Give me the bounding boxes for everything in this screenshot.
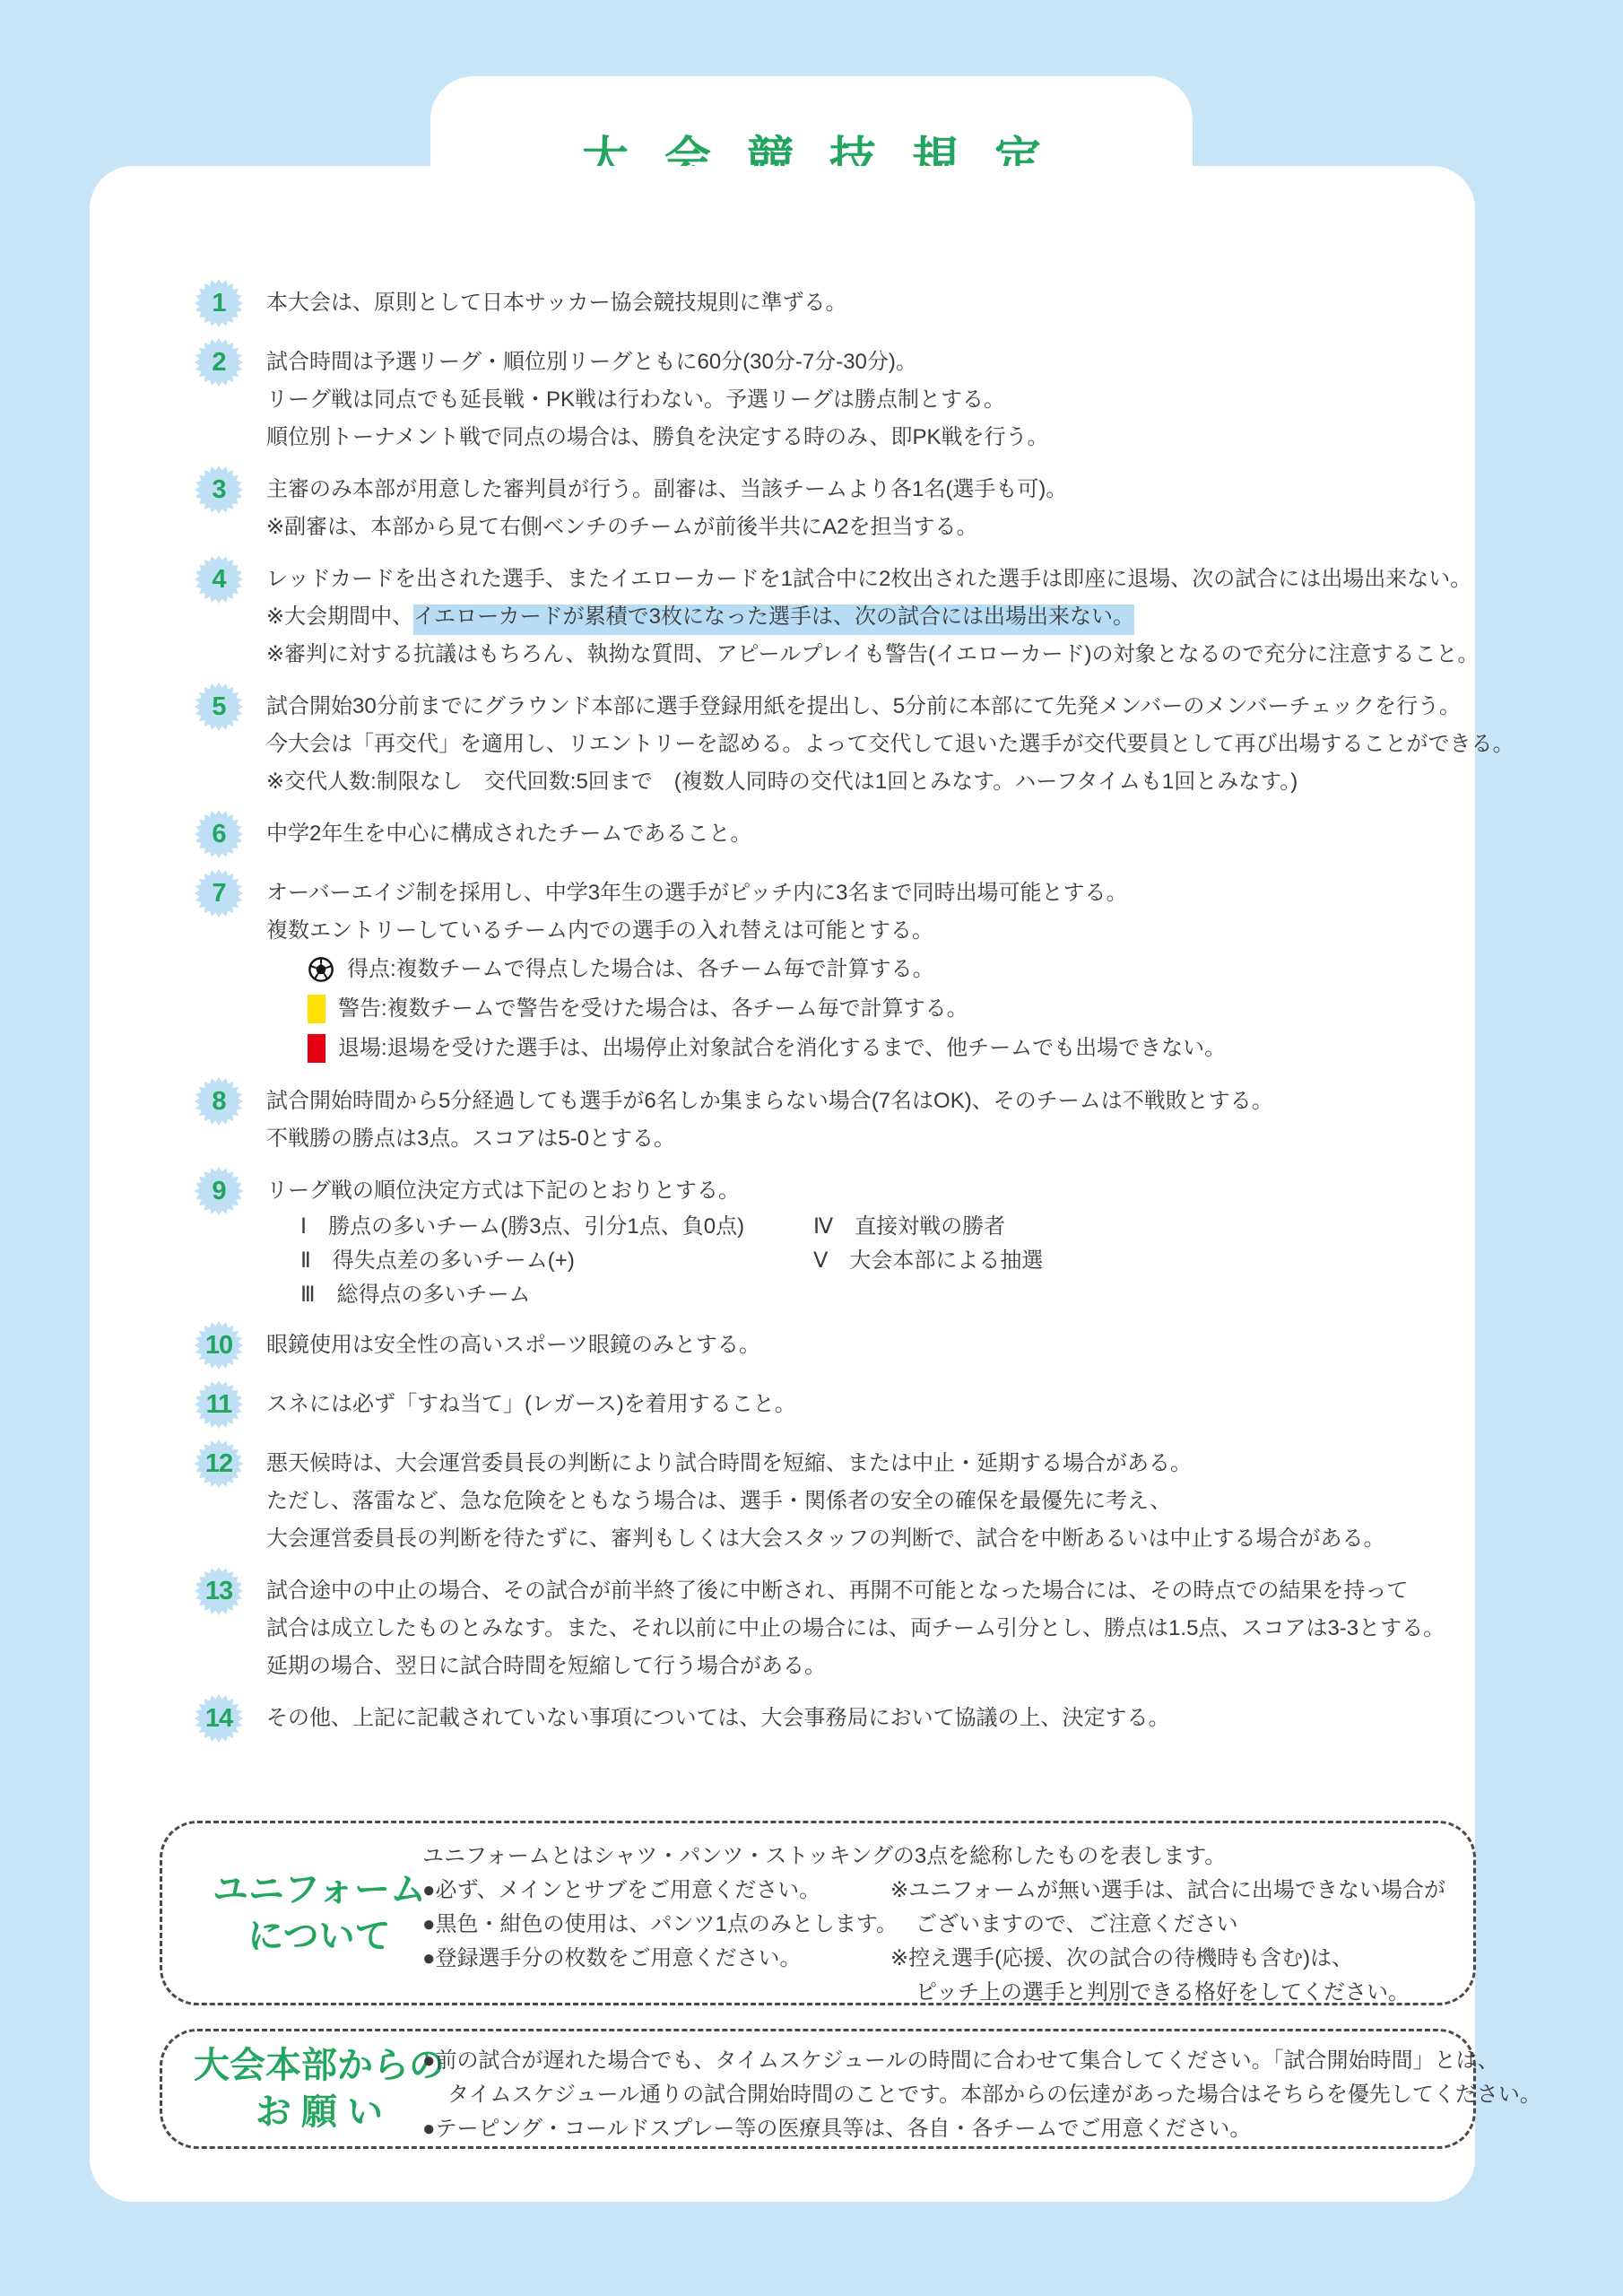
rule-item-9: 9リーグ戦の順位決定方式は下記のとおりとする。Ⅰ 勝点の多いチーム(勝3点、引分…: [193, 1172, 1448, 1312]
rule-line: リーグ戦は同点でも延長戦・PK戦は行わない。予選リーグは勝点制とする。: [266, 381, 1448, 419]
rule-line: ただし、落雷など、急な危険をともなう場合は、選手・関係者の安全の確保を最優先に考…: [266, 1483, 1448, 1520]
rank-rule-left: Ⅰ 勝点の多いチーム(勝3点、引分1点、負0点): [300, 1214, 744, 1239]
hq-request-lines: ●前の試合が遅れた場合でも、タイムスケジュールの時間に合わせて集合してください。…: [422, 2044, 1541, 2146]
rule-line-with-icon: 得点:複数チームで得点した場合は、各チーム毎で計算する。: [266, 950, 1448, 989]
soccer-ball-icon: [308, 956, 334, 983]
rule-text: 中学2年生を中心に構成されたチームであること。: [266, 815, 1448, 853]
rule-text: オーバーエイジ制を採用し、中学3年生の選手がピッチ内に3名まで同時出場可能とする…: [266, 874, 1448, 1068]
page-background: 大会競技規定 1本大会は、原則として日本サッカー協会競技規則に準ずる。2試合時間…: [0, 0, 1623, 2296]
rule-number-badge: 8: [193, 1075, 245, 1127]
rule-item-14: 14その他、上記に記載されていない事項については、大会事務局において協議の上、決…: [193, 1700, 1448, 1744]
rule-item-7: 7オーバーエイジ制を採用し、中学3年生の選手がピッチ内に3名まで同時出場可能とす…: [193, 874, 1448, 1068]
rule-number: 5: [193, 681, 245, 733]
rule-number: 12: [193, 1438, 245, 1490]
rule-line: 複数エントリーしているチーム内での選手の入れ替えは可能とする。: [266, 912, 1448, 950]
rule-line: 悪天候時は、大会運営委員長の判断により試合時間を短縮、または中止・延期する場合が…: [266, 1445, 1448, 1483]
uniform-note-line: ピッチ上の選手と判別できる格好をしてください。: [890, 1976, 1445, 2010]
rank-rule-left: Ⅱ 得失点差の多いチーム(+): [300, 1248, 575, 1273]
rank-rule-row: Ⅱ 得失点差の多いチーム(+)Ⅴ 大会本部による抽選: [266, 1244, 1448, 1278]
rule-number-badge: 7: [193, 867, 245, 919]
rule-number: 13: [193, 1565, 245, 1617]
rule-line: レッドカードを出された選手、またイエローカードを1試合中に2枚出された選手は即座…: [266, 561, 1480, 598]
rule-line: ※副審は、本部から見て右側ベンチのチームが前後半共にA2を担当する。: [266, 509, 1448, 546]
highlighted-text: イエローカードが累積で3枚になった選手は、次の試合には出場出来ない。: [413, 604, 1134, 635]
rule-number-badge: 6: [193, 808, 245, 860]
rule-number: 6: [193, 808, 245, 860]
rules-list: 1本大会は、原則として日本サッカー協会競技規則に準ずる。2試合時間は予選リーグ・…: [193, 284, 1448, 1759]
uniform-note-line: ※控え選手(応援、次の試合の待機時も含む)は、: [890, 1942, 1445, 1976]
rank-rule-left: Ⅲ 総得点の多いチーム: [300, 1283, 531, 1307]
rule-item-4: 4レッドカードを出された選手、またイエローカードを1試合中に2枚出された選手は即…: [193, 561, 1448, 674]
rule-item-3: 3主審のみ本部が用意した審判員が行う。副審は、当該チームより各1名(選手も可)。…: [193, 471, 1448, 546]
rule-item-10: 10眼鏡使用は安全性の高いスポーツ眼鏡のみとする。: [193, 1326, 1448, 1371]
rank-rule-row: Ⅰ 勝点の多いチーム(勝3点、引分1点、負0点)Ⅳ 直接対戦の勝者: [266, 1210, 1448, 1244]
rule-line: ※交代人数:制限なし 交代回数:5回まで (複数人同時の交代は1回とみなす。ハー…: [266, 763, 1515, 801]
hq-box-label: 大会本部からの お 願 い: [176, 2031, 463, 2146]
uniform-box: ユニフォーム について ユニフォームとはシャツ・パンツ・ストッキングの3点を総称…: [160, 1821, 1476, 2005]
hq-box-label-line1: 大会本部からの: [194, 2042, 445, 2089]
rank-rule-right: Ⅴ 大会本部による抽選: [813, 1244, 1043, 1278]
rule-text: 試合開始30分前までにグラウンド本部に選手登録用紙を提出し、5分前に本部にて先発…: [266, 688, 1515, 801]
rule-text: スネには必ず「すね当て」(レガース)を着用すること。: [266, 1386, 1448, 1423]
rule-number-badge: 13: [193, 1565, 245, 1617]
rule-item-12: 12悪天候時は、大会運営委員長の判断により試合時間を短縮、または中止・延期する場…: [193, 1445, 1448, 1558]
rule-number: 11: [193, 1378, 245, 1431]
uniform-intro: ユニフォームとはシャツ・パンツ・ストッキングの3点を総称したものを表します。: [422, 1838, 1226, 1869]
rule-line-text: 警告:複数チームで警告を受けた場合は、各チーム毎で計算する。: [338, 989, 968, 1029]
red-card-icon: [308, 1034, 325, 1063]
rule-line: 試合途中の中止の場合、その試合が前半終了後に中断され、再開不可能となった場合には…: [266, 1572, 1448, 1610]
rule-line-text: 得点:複数チームで得点した場合は、各チーム毎で計算する。: [347, 950, 934, 989]
rule-line: 試合は成立したものとみなす。また、それ以前に中止の場合には、両チーム引分とし、勝…: [266, 1610, 1448, 1648]
rule-line-text: 退場:退場を受けた選手は、出場停止対象試合を消化するまで、他チームでも出場できな…: [338, 1029, 1226, 1068]
rule-line: 主審のみ本部が用意した審判員が行う。副審は、当該チームより各1名(選手も可)。: [266, 471, 1448, 509]
rule-number-badge: 5: [193, 681, 245, 733]
rule-item-6: 6中学2年生を中心に構成されたチームであること。: [193, 815, 1448, 860]
rule-number-badge: 12: [193, 1438, 245, 1490]
rule-line: ※審判に対する抗議はもちろん、執拗な質問、アピールプレイも警告(イエローカード)…: [266, 636, 1480, 674]
rules-card: 1本大会は、原則として日本サッカー協会競技規則に準ずる。2試合時間は予選リーグ・…: [90, 166, 1475, 2202]
rule-number-badge: 10: [193, 1319, 245, 1371]
rule-item-8: 8試合開始時間から5分経過しても選手が6名しか集まらない場合(7名はOK)、その…: [193, 1083, 1448, 1158]
uniform-bullet: ●登録選手分の枚数をご用意ください。: [422, 1942, 898, 1976]
uniform-note-line: ※ユニフォームが無い選手は、試合に出場できない場合が: [890, 1874, 1445, 1908]
rule-line: 今大会は「再交代」を適用し、リエントリーを認める。よって交代して退いた選手が交代…: [266, 726, 1515, 763]
hq-box-label-line2: お 願 い: [256, 2089, 383, 2135]
rule-number-badge: 11: [193, 1378, 245, 1431]
rule-text: 悪天候時は、大会運営委員長の判断により試合時間を短縮、または中止・延期する場合が…: [266, 1445, 1448, 1558]
rule-text: その他、上記に記載されていない事項については、大会事務局において協議の上、決定す…: [266, 1700, 1448, 1737]
rule-line: 順位別トーナメント戦で同点の場合は、勝負を決定する時のみ、即PK戦を行う。: [266, 419, 1448, 457]
rule-line: 本大会は、原則として日本サッカー協会競技規則に準ずる。: [266, 284, 1448, 322]
rule-text: 眼鏡使用は安全性の高いスポーツ眼鏡のみとする。: [266, 1326, 1448, 1364]
rule-line: 延期の場合、翌日に試合時間を短縮して行う場合がある。: [266, 1648, 1448, 1685]
rule-item-13: 13試合途中の中止の場合、その試合が前半終了後に中断され、再開不可能となった場合…: [193, 1572, 1448, 1685]
hq-request-line: ●前の試合が遅れた場合でも、タイムスケジュールの時間に合わせて集合してください。…: [422, 2044, 1541, 2078]
hq-request-line: タイムスケジュール通りの試合開始時間のことです。本部からの伝達があった場合はそち…: [422, 2078, 1541, 2112]
rule-number-badge: 3: [193, 464, 245, 516]
rule-number: 3: [193, 464, 245, 516]
rule-line: オーバーエイジ制を採用し、中学3年生の選手がピッチ内に3名まで同時出場可能とする…: [266, 874, 1448, 912]
rule-text: 主審のみ本部が用意した審判員が行う。副審は、当該チームより各1名(選手も可)。※…: [266, 471, 1448, 546]
rule-number-badge: 14: [193, 1692, 245, 1744]
rule-line: スネには必ず「すね当て」(レガース)を着用すること。: [266, 1386, 1448, 1423]
rule-line: 試合時間は予選リーグ・順位別リーグともに60分(30分-7分-30分)。: [266, 344, 1448, 381]
rank-rule-right: Ⅳ 直接対戦の勝者: [813, 1210, 1005, 1244]
rule-line: リーグ戦の順位決定方式は下記のとおりとする。: [266, 1172, 1448, 1210]
rule-line: その他、上記に記載されていない事項については、大会事務局において協議の上、決定す…: [266, 1700, 1448, 1737]
rule-number-badge: 4: [193, 553, 245, 605]
rule-line-with-icon: 警告:複数チームで警告を受けた場合は、各チーム毎で計算する。: [266, 989, 1448, 1029]
rule-number-badge: 1: [193, 277, 245, 329]
uniform-bullet: ●必ず、メインとサブをご用意ください。: [422, 1874, 898, 1908]
rule-number-badge: 2: [193, 336, 245, 388]
rule-number: 4: [193, 553, 245, 605]
rule-line: 眼鏡使用は安全性の高いスポーツ眼鏡のみとする。: [266, 1326, 1448, 1364]
uniform-note-line: ございますので、ご注意ください: [890, 1908, 1445, 1942]
rule-line: 大会運営委員長の判断を待たずに、審判もしくは大会スタッフの判断で、試合を中断ある…: [266, 1520, 1448, 1558]
rule-number: 8: [193, 1075, 245, 1127]
rule-number: 2: [193, 336, 245, 388]
rule-number: 7: [193, 867, 245, 919]
rule-line: 中学2年生を中心に構成されたチームであること。: [266, 815, 1448, 853]
rule-number: 1: [193, 277, 245, 329]
rule-line-with-icon: 退場:退場を受けた選手は、出場停止対象試合を消化するまで、他チームでも出場できな…: [266, 1029, 1448, 1068]
rank-rule-row: Ⅲ 総得点の多いチーム: [266, 1278, 1448, 1312]
hq-request-line: ●テーピング・コールドスプレー等の医療具等は、各自・各チームでご用意ください。: [422, 2112, 1541, 2146]
rule-item-2: 2試合時間は予選リーグ・順位別リーグともに60分(30分-7分-30分)。リーグ…: [193, 344, 1448, 457]
rule-item-1: 1本大会は、原則として日本サッカー協会競技規則に準ずる。: [193, 284, 1448, 329]
uniform-box-label-line2: について: [247, 1913, 390, 1960]
rule-line: 不戦勝の勝点は3点。スコアは5-0とする。: [266, 1120, 1448, 1158]
rule-number-badge: 9: [193, 1165, 245, 1217]
rule-number: 9: [193, 1165, 245, 1217]
uniform-bullet: ●黒色・紺色の使用は、パンツ1点のみとします。: [422, 1908, 898, 1942]
hq-box: 大会本部からの お 願 い ●前の試合が遅れた場合でも、タイムスケジュールの時間…: [160, 2029, 1476, 2149]
rule-number: 10: [193, 1319, 245, 1371]
rule-text: 試合途中の中止の場合、その試合が前半終了後に中断され、再開不可能となった場合には…: [266, 1572, 1448, 1685]
rule-item-5: 5試合開始30分前までにグラウンド本部に選手登録用紙を提出し、5分前に本部にて先…: [193, 688, 1448, 801]
rule-text: 本大会は、原則として日本サッカー協会競技規則に準ずる。: [266, 284, 1448, 322]
yellow-card-icon: [308, 995, 325, 1023]
uniform-box-label: ユニフォーム について: [176, 1823, 463, 2003]
rule-number: 14: [193, 1692, 245, 1744]
rule-text: 試合時間は予選リーグ・順位別リーグともに60分(30分-7分-30分)。リーグ戦…: [266, 344, 1448, 457]
rule-line: 試合開始30分前までにグラウンド本部に選手登録用紙を提出し、5分前に本部にて先発…: [266, 688, 1515, 726]
uniform-bullets: ●必ず、メインとサブをご用意ください。●黒色・紺色の使用は、パンツ1点のみとしま…: [422, 1874, 898, 1976]
uniform-box-label-line1: ユニフォーム: [213, 1866, 426, 1913]
rule-text: レッドカードを出された選手、またイエローカードを1試合中に2枚出された選手は即座…: [266, 561, 1480, 674]
rule-line-text: ※大会期間中、: [266, 604, 413, 629]
rule-text: リーグ戦の順位決定方式は下記のとおりとする。Ⅰ 勝点の多いチーム(勝3点、引分1…: [266, 1172, 1448, 1312]
rule-line: 試合開始時間から5分経過しても選手が6名しか集まらない場合(7名はOK)、そのチ…: [266, 1083, 1448, 1120]
rule-text: 試合開始時間から5分経過しても選手が6名しか集まらない場合(7名はOK)、そのチ…: [266, 1083, 1448, 1158]
rule-line: ※大会期間中、イエローカードが累積で3枚になった選手は、次の試合には出場出来ない…: [266, 598, 1480, 636]
rule-item-11: 11スネには必ず「すね当て」(レガース)を着用すること。: [193, 1386, 1448, 1431]
uniform-notes: ※ユニフォームが無い選手は、試合に出場できない場合がございますので、ご注意くださ…: [890, 1874, 1445, 2010]
